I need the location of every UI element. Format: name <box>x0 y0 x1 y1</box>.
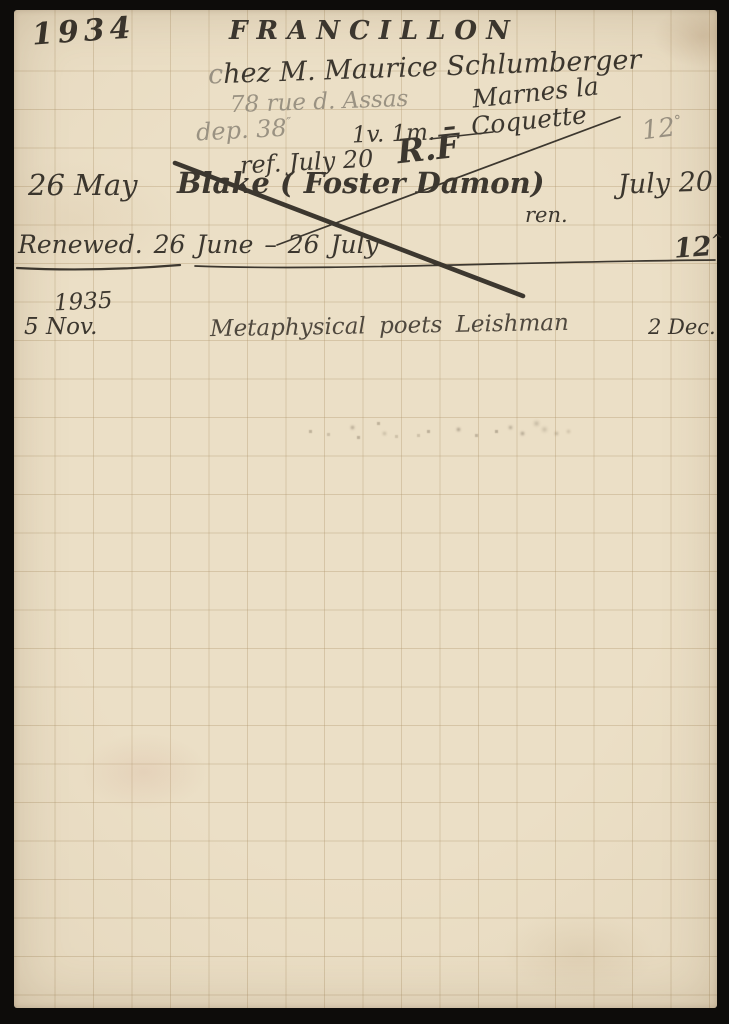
renewal-fee: 12^ <box>673 232 725 264</box>
entry-book-title: Blake ( Foster Damon) <box>177 168 544 198</box>
renewal-fee-mark: ^ <box>710 230 724 249</box>
address-prefix: c <box>208 59 224 91</box>
deposit-text: dep. 38 <box>195 114 287 147</box>
card-year: 1934 <box>31 12 136 51</box>
fee-amount-value: 12 <box>640 113 677 147</box>
fee-amount: 12° <box>640 114 683 146</box>
card-year-2: 1935 <box>53 288 113 315</box>
renewal-line: Renewed. 26 June – 26 July <box>18 232 379 258</box>
entry-return-date: July 20 <box>618 168 714 200</box>
renewed-underline <box>17 265 180 269</box>
entry-date: 26 May <box>28 170 138 200</box>
deposit-note: dep. 38″ <box>195 116 292 146</box>
librarian-initials: R.F̄ <box>395 129 461 170</box>
scan-background: 1934 FRANCILLON chez M. Maurice Schlumbe… <box>0 0 729 1024</box>
renewal-long-underline <box>195 260 715 267</box>
renewed-abbrev-note: ren. <box>525 204 568 226</box>
member-name: FRANCILLON <box>229 18 519 45</box>
entry2-book-title: Metaphysical poets Leishman <box>210 311 569 341</box>
entry2-date: 5 Nov. <box>24 315 98 339</box>
deposit-mark: ″ <box>286 116 292 131</box>
fee-amount-mark: ° <box>673 113 682 130</box>
library-card: 1934 FRANCILLON chez M. Maurice Schlumbe… <box>14 10 717 1008</box>
renewal-fee-value: 12 <box>673 231 713 265</box>
ink-transfer-smudge <box>299 408 302 411</box>
old-address: 78 rue d. Assas <box>230 87 409 117</box>
entry2-return-date: 2 Dec. <box>648 316 716 338</box>
